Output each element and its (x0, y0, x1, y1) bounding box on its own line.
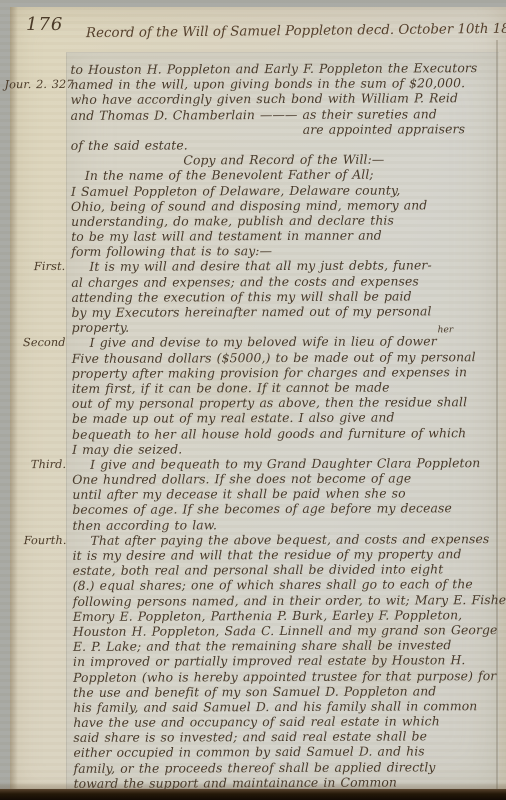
handwritten-line: who have accordingly given such bond wit… (71, 90, 497, 107)
handwritten-line: Emory E. Poppleton, Parthenia P. Burk, E… (73, 607, 499, 624)
handwritten-line: Poppleton (who is hereby appointed trust… (73, 668, 499, 685)
paragraph: Jour. 2. 327to Houston H. Poppleton and … (70, 60, 496, 123)
handwritten-text-column: her Jour. 2. 327to Houston H. Poppleton … (70, 60, 499, 791)
paragraph: SecondI give and devise to my beloved wi… (72, 333, 499, 456)
handwritten-line: becomes of age. If she becomes of age be… (72, 501, 498, 518)
handwritten-line: bequeath to her all house hold goods and… (72, 425, 498, 442)
paragraph: Fourth.That after paying the above beque… (72, 531, 499, 791)
margin-note: Third. (6, 457, 66, 472)
handwritten-line: in improved or partially improved real e… (73, 652, 499, 669)
margin-note: Fourth. (6, 533, 66, 548)
page-gutter (10, 7, 18, 800)
handwritten-line: Five thousand dollars ($5000,) to be mad… (72, 349, 498, 366)
handwritten-line: I give and bequeath to my Grand Daughter… (72, 455, 498, 472)
handwritten-line: (8.) equal shares; one of which shares s… (73, 576, 499, 593)
ledger-scan: 176 Record of the Will of Samuel Popplet… (0, 0, 506, 800)
handwritten-line: property after making provision for char… (72, 364, 498, 381)
paragraph: First.It is my will and desire that all … (71, 258, 497, 336)
margin-note: Second (6, 335, 66, 350)
paragraph: Third.I give and bequeath to my Grand Da… (72, 455, 498, 533)
handwritten-line: following persons named, and in their or… (73, 592, 499, 609)
margin-note: First. (5, 259, 65, 274)
handwritten-line: out of my personal property as above, th… (72, 394, 498, 411)
handwritten-line: have the use and occupancy of said real … (73, 713, 499, 730)
book-edge-strip (0, 789, 506, 800)
margin-note: Jour. 2. 327 (4, 77, 64, 92)
handwritten-line: the use and benefit of my son Samuel D. … (73, 683, 499, 700)
paragraph: I Samuel Poppleton of Delaware, Delaware… (71, 182, 497, 260)
page-number: 176 (26, 14, 63, 35)
handwritten-line: I give and devise to my beloved wife in … (72, 333, 498, 350)
